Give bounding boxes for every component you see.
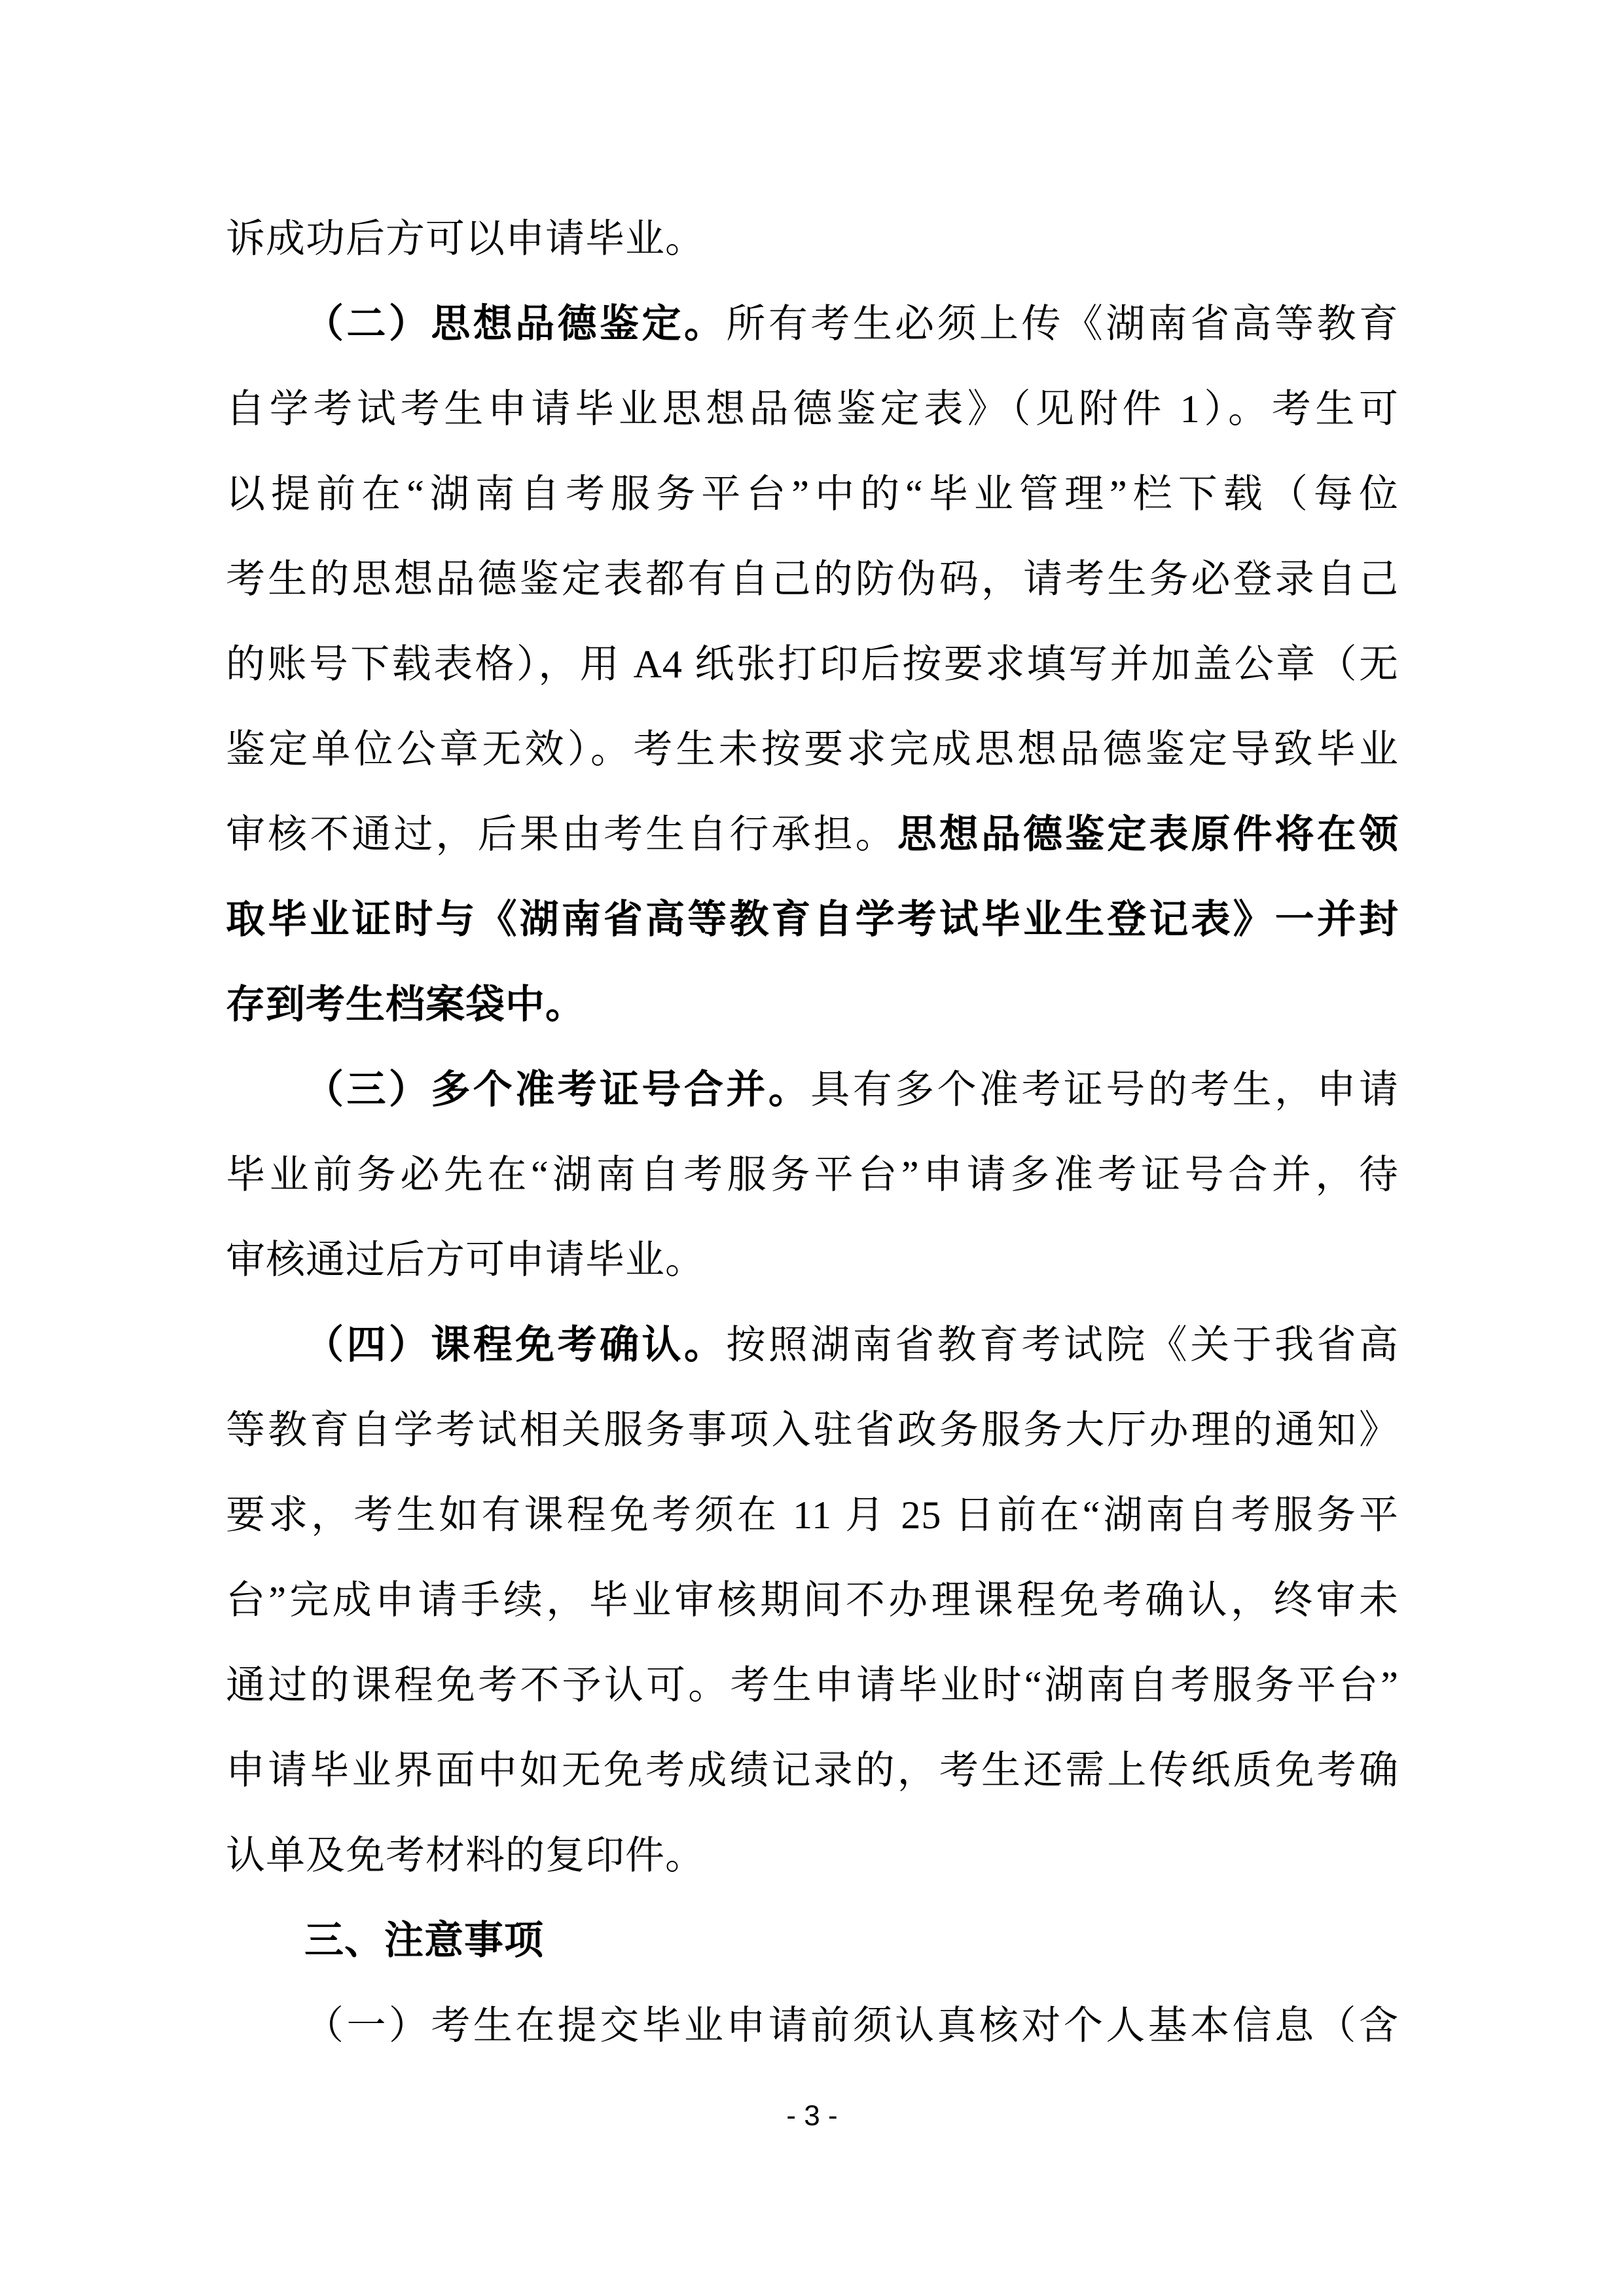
text-line: 审核通过后方可申请毕业。 (226, 1217, 1399, 1302)
text-line: 三、注意事项 (226, 1898, 1399, 1983)
bold-text-segment: 取毕业证时与《湖南省高等教育自学考试毕业生登记表》一并封 (226, 897, 1399, 941)
text-line: 毕业前务必先在“湖南自考服务平台”申请多准考证号合并，待 (226, 1132, 1399, 1217)
text-line: 存到考生档案袋中。 (226, 962, 1399, 1047)
text-segment: 鉴定单位公章无效）。考生未按要求完成思想品德鉴定导致毕业 (226, 728, 1399, 771)
text-line: 台”完成申请手续，毕业审核期间不办理课程免考确认，终审未 (226, 1558, 1399, 1643)
bold-text-segment: （二）思想品德鉴定。 (304, 302, 726, 346)
text-segment: 毕业前务必先在“湖南自考服务平台”申请多准考证号合并，待 (226, 1153, 1399, 1196)
page-footer: - 3 - (0, 2073, 1624, 2165)
text-line: 审核不通过，后果由考生自行承担。思想品德鉴定表原件将在领 (226, 792, 1399, 877)
text-segment: 认单及免考材料的复印件。 (226, 1834, 705, 1877)
text-line: 要求，考生如有课程免考须在 11 月 25 日前在“湖南自考服务平 (226, 1473, 1399, 1558)
text-segment: 自学考试考生申请毕业思想品德鉴定表》（见附件 1）。考生可 (226, 387, 1399, 431)
text-segment: 等教育自学考试相关服务事项入驻省政务服务大厅办理的通知》 (226, 1408, 1399, 1452)
bold-text-segment: 思想品德鉴定表原件将在领 (897, 812, 1399, 856)
bold-text-segment: （三）多个准考证号合并。 (304, 1067, 810, 1111)
text-segment: （一）考生在提交毕业申请前须认真核对个人基本信息（含 (304, 2004, 1399, 2047)
text-line: 自学考试考生申请毕业思想品德鉴定表》（见附件 1）。考生可 (226, 367, 1399, 452)
text-line: 申请毕业界面中如无免考成绩记录的，考生还需上传纸质免考确 (226, 1728, 1399, 1813)
text-segment: 审核通过后方可申请毕业。 (226, 1238, 705, 1282)
text-line: 以提前在“湖南自考服务平台”中的“毕业管理”栏下载（每位 (226, 452, 1399, 537)
text-segment: 台”完成申请手续，毕业审核期间不办理课程免考确认，终审未 (226, 1579, 1399, 1622)
text-line: 取毕业证时与《湖南省高等教育自学考试毕业生登记表》一并封 (226, 877, 1399, 962)
text-segment: 诉成功后方可以申请毕业。 (226, 217, 705, 260)
text-line: 鉴定单位公章无效）。考生未按要求完成思想品德鉴定导致毕业 (226, 707, 1399, 792)
text-segment: 申请毕业界面中如无免考成绩记录的，考生还需上传纸质免考确 (226, 1749, 1399, 1792)
text-segment: 的账号下载表格），用 A4 纸张打印后按要求填写并加盖公章（无 (226, 643, 1399, 686)
text-line: （二）思想品德鉴定。所有考生必须上传《湖南省高等教育 (226, 281, 1399, 367)
text-segment: 具有多个准考证号的考生，申请 (810, 1068, 1399, 1111)
text-line: 的账号下载表格），用 A4 纸张打印后按要求填写并加盖公章（无 (226, 622, 1399, 707)
text-segment: 按照湖南省教育考试院《关于我省高 (726, 1323, 1399, 1367)
page-number: - 3 - (786, 2100, 837, 2132)
text-segment: 通过的课程免考不予认可。考生申请毕业时“湖南自考服务平台” (226, 1664, 1399, 1707)
text-line: 通过的课程免考不予认可。考生申请毕业时“湖南自考服务平台” (226, 1643, 1399, 1728)
text-line: （三）多个准考证号合并。具有多个准考证号的考生，申请 (226, 1047, 1399, 1132)
text-segment: 所有考生必须上传《湖南省高等教育 (726, 302, 1399, 346)
text-line: 诉成功后方可以申请毕业。 (226, 196, 1399, 281)
text-line: 考生的思想品德鉴定表都有自己的防伪码，请考生务必登录自己 (226, 537, 1399, 622)
bold-text-segment: 存到考生档案袋中。 (226, 982, 585, 1026)
bold-text-segment: 三、注意事项 (304, 1918, 544, 1962)
text-line: 认单及免考材料的复印件。 (226, 1813, 1399, 1898)
document-lines: 诉成功后方可以申请毕业。（二）思想品德鉴定。所有考生必须上传《湖南省高等教育自学… (226, 196, 1399, 2068)
text-segment: 审核不通过，后果由考生自行承担。 (226, 813, 897, 856)
text-segment: 以提前在“湖南自考服务平台”中的“毕业管理”栏下载（每位 (226, 473, 1399, 516)
bold-text-segment: （四）课程免考确认。 (304, 1323, 726, 1367)
document-page: 诉成功后方可以申请毕业。（二）思想品德鉴定。所有考生必须上传《湖南省高等教育自学… (0, 0, 1624, 2296)
text-line: （四）课程免考确认。按照湖南省教育考试院《关于我省高 (226, 1302, 1399, 1388)
text-segment: 要求，考生如有课程免考须在 11 月 25 日前在“湖南自考服务平 (226, 1494, 1399, 1537)
text-line: （一）考生在提交毕业申请前须认真核对个人基本信息（含 (226, 1983, 1399, 2068)
text-line: 等教育自学考试相关服务事项入驻省政务服务大厅办理的通知》 (226, 1388, 1399, 1473)
text-segment: 考生的思想品德鉴定表都有自己的防伪码，请考生务必登录自己 (226, 558, 1399, 601)
